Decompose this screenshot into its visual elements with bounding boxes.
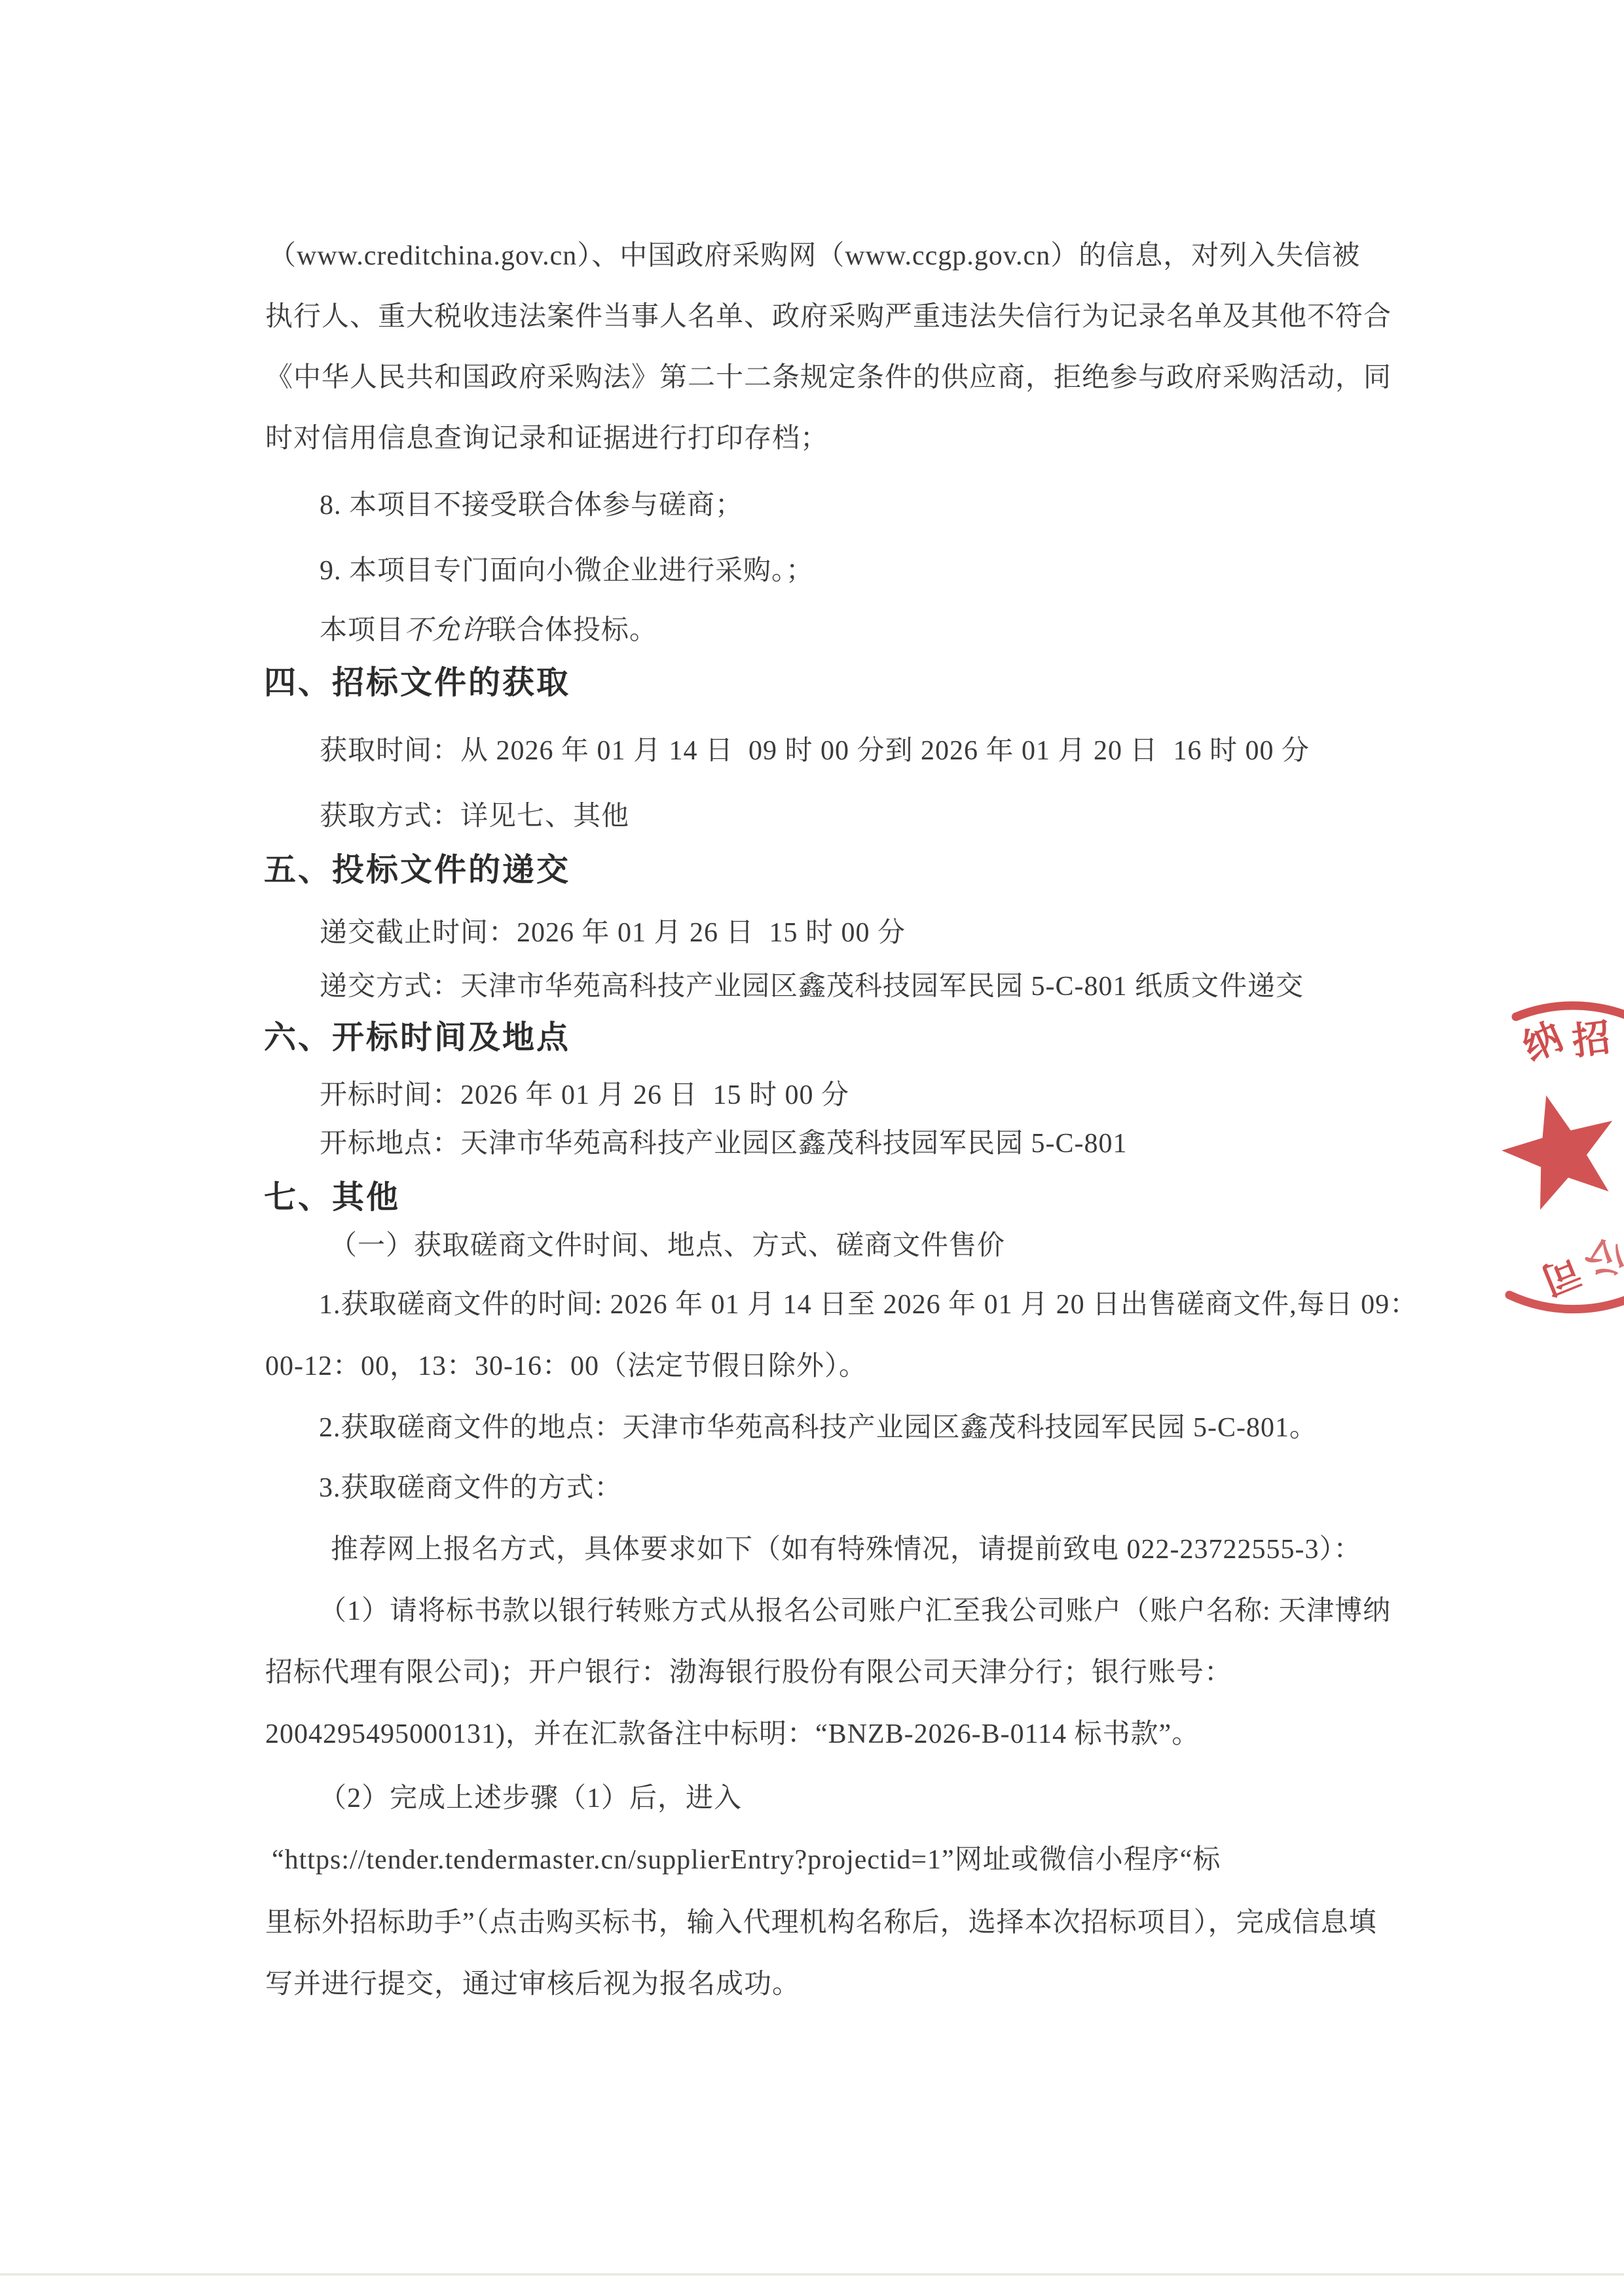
submit-deadline: 递交截止时间：2026 年 01 月 26 日 15 时 00 分 bbox=[320, 917, 906, 949]
step-1: （1）请将标书款以银行转账方式从报名公司账户汇至我公司账户（账户名称: 天津博纳 bbox=[319, 1595, 1391, 1628]
other-2-place: 2.获取磋商文件的地点：天津市华苑高科技产业园区鑫茂科技园军民园 5-C-801… bbox=[319, 1412, 1318, 1444]
step-2-cont1: “https://tender.tendermaster.cn/supplier… bbox=[272, 1844, 1221, 1876]
item-9: 9. 本项目专门面向小微企业进行采购。； bbox=[320, 555, 814, 587]
heading-section-6: 六、开标时间及地点 bbox=[264, 1019, 570, 1057]
stamp-char-si: 司 bbox=[1536, 1248, 1587, 1302]
stamp-char-zhao: 招 bbox=[1570, 1016, 1613, 1063]
acquire-time: 获取时间：从 2026 年 01 月 14 日 09 时 00 分到 2026 … bbox=[320, 735, 1310, 767]
stamp-char-gong: 公 bbox=[1577, 1230, 1624, 1286]
para-credit-l4: 时对信用信息查询记录和证据进行打印存档； bbox=[265, 422, 828, 455]
other-1-time: 1.获取磋商文件的时间: 2026 年 01 月 14 日至 2026 年 01… bbox=[319, 1288, 1418, 1321]
acquire-method: 获取方式：详见七、其他 bbox=[320, 800, 629, 833]
heading-section-7: 七、其他 bbox=[264, 1178, 400, 1217]
scan-artifact-line bbox=[0, 2273, 1624, 2276]
para-credit-l2: 执行人、重大税收违法案件当事人名单、政府采购严重违法失信行为记录名单及其他不符合 bbox=[265, 301, 1392, 333]
open-place: 开标地点：天津市华苑高科技产业园区鑫茂科技园军民园 5-C-801 bbox=[320, 1127, 1128, 1160]
online-signup: 推荐网上报名方式，具体要求如下（如有特殊情况，请提前致电 022-2372255… bbox=[331, 1533, 1361, 1566]
other-sub1-title: （一）获取磋商文件时间、地点、方式、磋商文件售价 bbox=[329, 1230, 1005, 1262]
heading-section-5: 五、投标文件的递交 bbox=[264, 851, 570, 890]
step-1-cont1: 招标代理有限公司)；开户银行：渤海银行股份有限公司天津分行；银行账号： bbox=[265, 1656, 1232, 1689]
stamp-star-icon bbox=[1491, 1080, 1624, 1215]
para-credit-l1: （www.creditchina.gov.cn）、中国政府采购网（www.ccg… bbox=[268, 240, 1360, 272]
other-3-method: 3.获取磋商文件的方式： bbox=[319, 1472, 623, 1504]
heading-section-4: 四、招标文件的获取 bbox=[264, 664, 570, 702]
company-seal-stamp: 纳 招 司 公 bbox=[1401, 982, 1624, 1349]
stamp-char-na: 纳 bbox=[1517, 1015, 1568, 1070]
scanned-document-page: （www.creditchina.gov.cn）、中国政府采购网（www.ccg… bbox=[0, 0, 1624, 2296]
para-credit-l3: 《中华人民共和国政府采购法》第二十二条规定条件的供应商，拒绝参与政府采购活动，同 bbox=[265, 361, 1392, 394]
item-8: 8. 本项目不接受联合体参与磋商； bbox=[320, 489, 743, 522]
submit-method: 递交方式：天津市华苑高科技产业园区鑫茂科技园军民园 5-C-801 纸质文件递交 bbox=[320, 970, 1304, 1003]
open-time: 开标时间：2026 年 01 月 26 日 15 时 00 分 bbox=[320, 1079, 849, 1112]
step-2-cont3: 写并进行提交，通过审核后视为报名成功。 bbox=[265, 1968, 800, 2001]
step-2: （2）完成上述步骤（1）后，进入 bbox=[319, 1782, 742, 1815]
step-1-cont2: 2004295495000131)，并在汇款备注中标明：“BNZB-2026-B… bbox=[265, 1718, 1200, 1751]
step-2-cont2: 里标外招标助手”（点击购买标书，输入代理机构名称后，选择本次招标项目），完成信息… bbox=[265, 1906, 1377, 1939]
note-no-consortium: 本项目不允许联合体投标。 bbox=[320, 614, 657, 647]
other-1-time-cont: 00-12：00，13：30-16：00（法定节假日除外）。 bbox=[265, 1350, 867, 1383]
